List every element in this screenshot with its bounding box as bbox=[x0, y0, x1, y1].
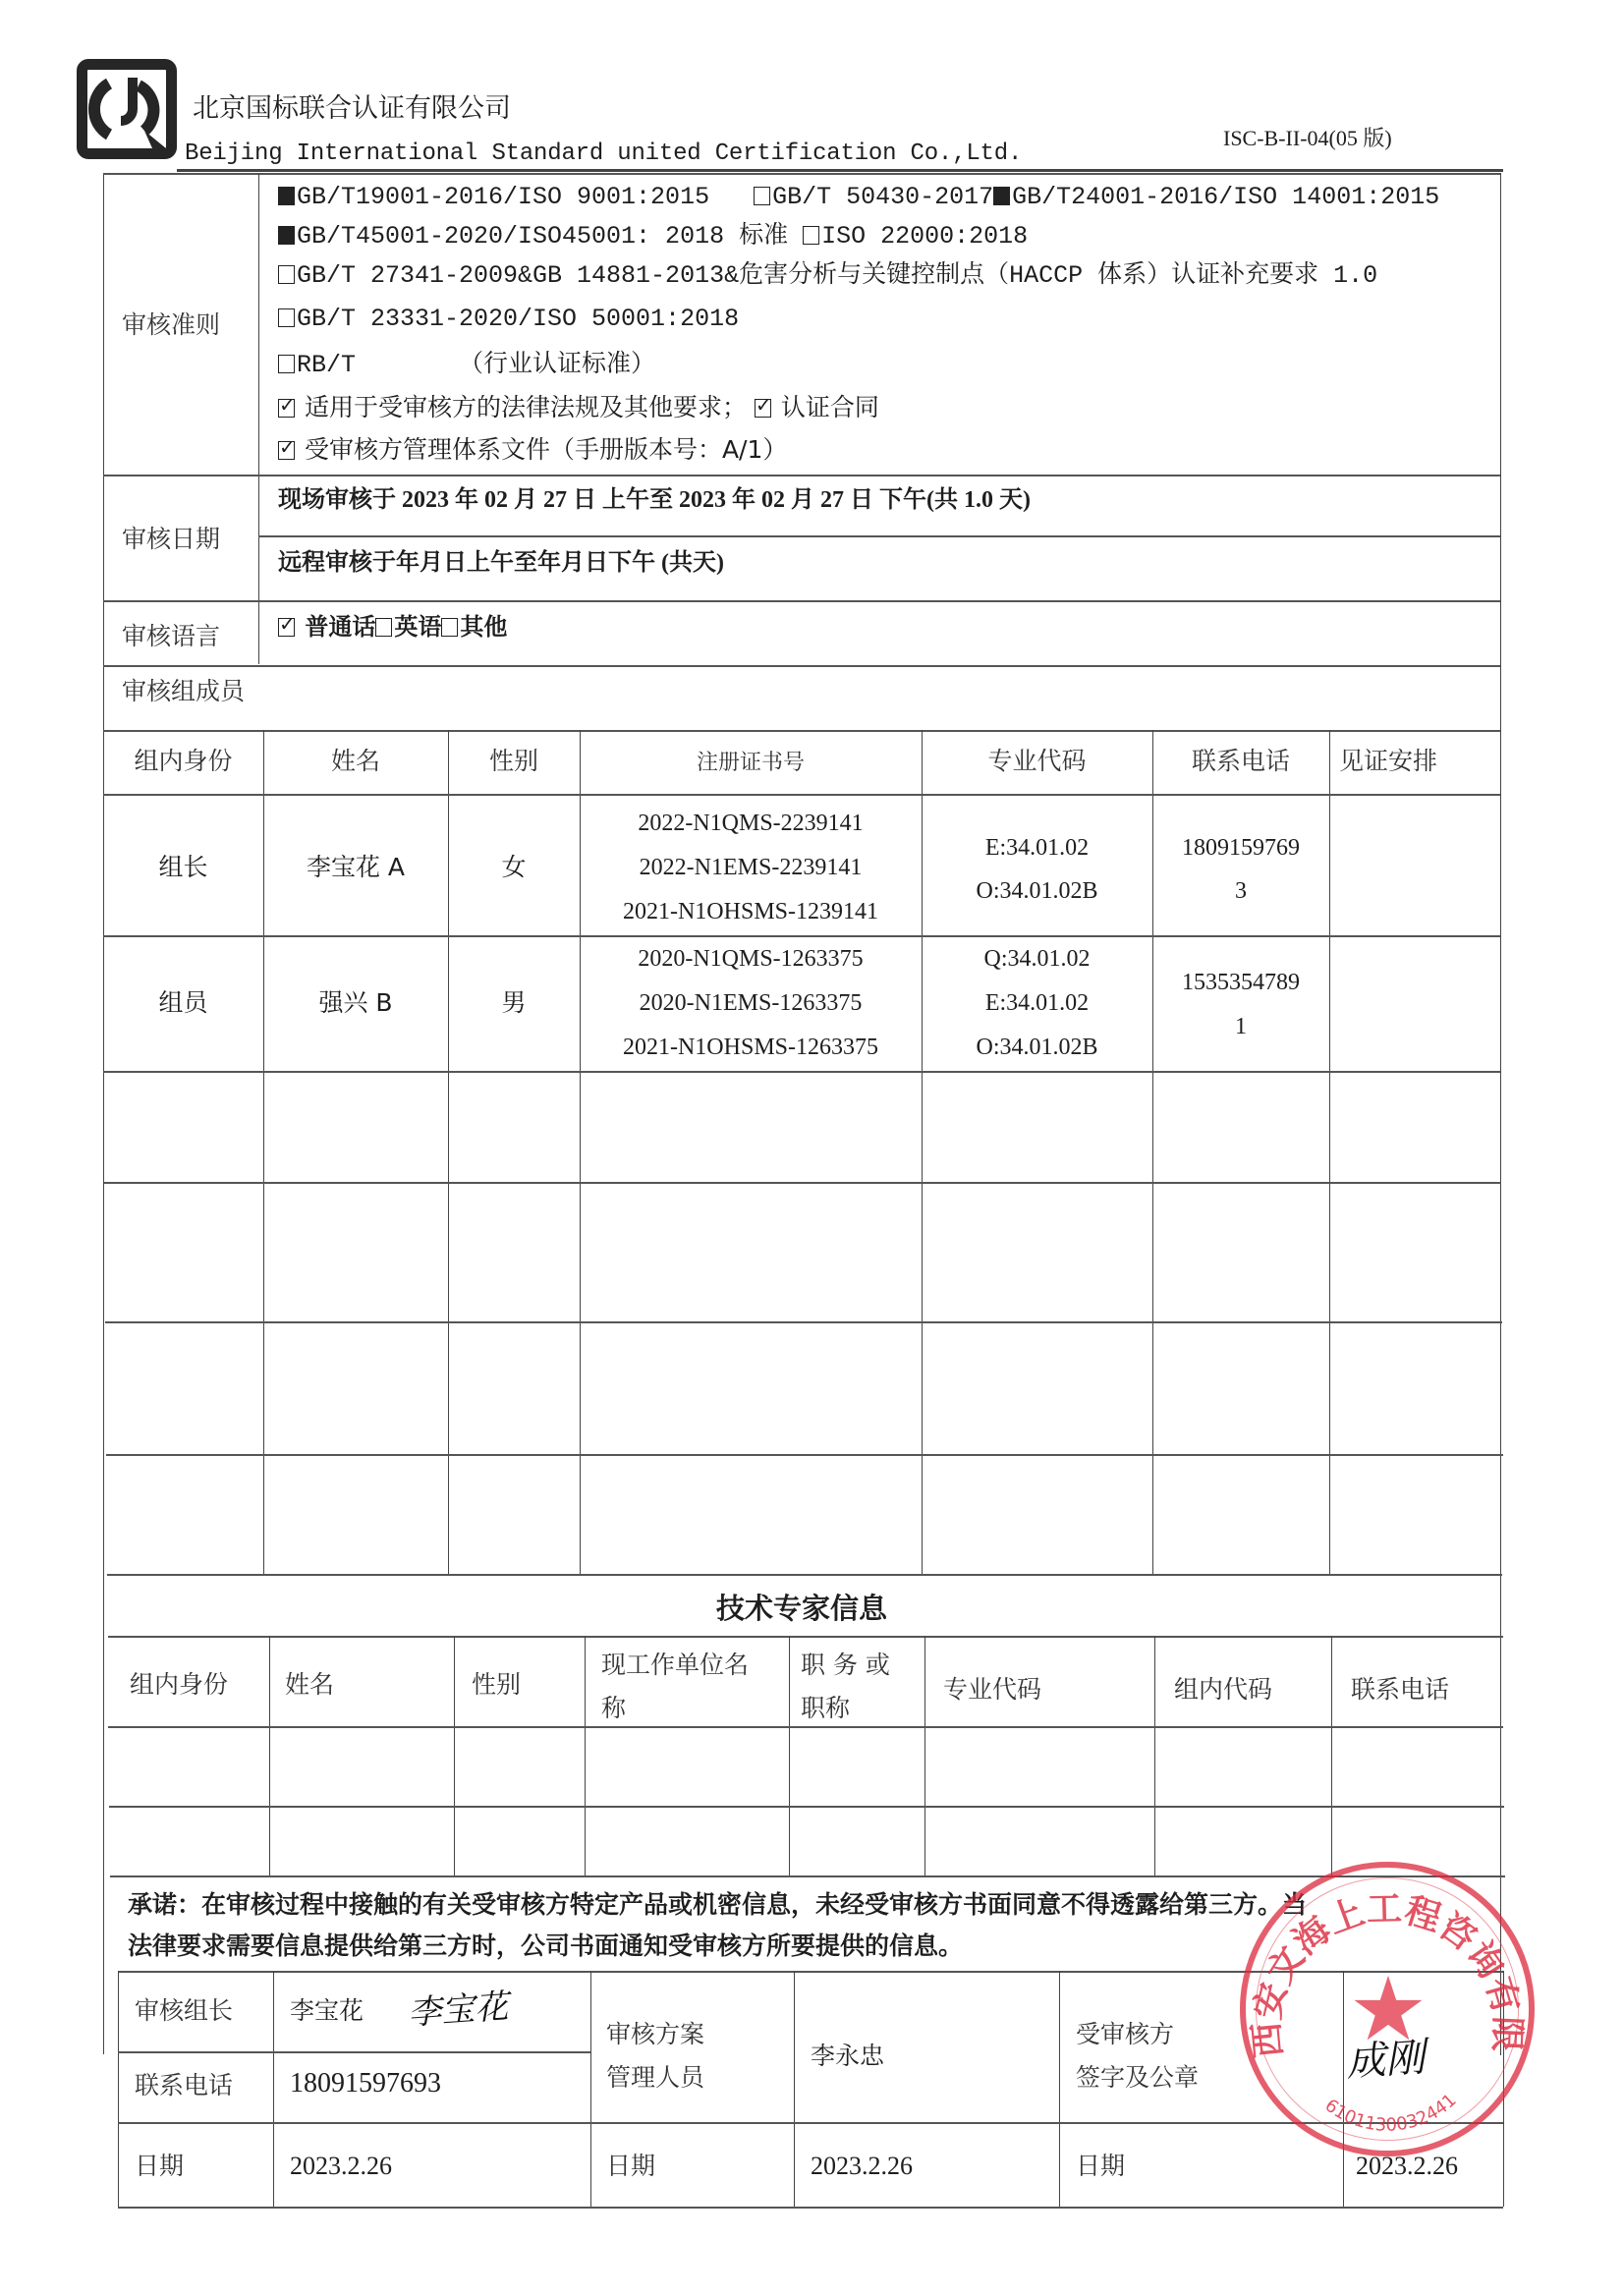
member-code: E:34.01.02 bbox=[922, 833, 1152, 863]
criteria-item: （行业认证标准） bbox=[459, 349, 655, 377]
member-phone: 1 bbox=[1152, 1012, 1329, 1041]
leader-date-label: 日期 bbox=[135, 2152, 184, 2181]
member-code: E:34.01.02 bbox=[922, 988, 1152, 1018]
empty-row-divider bbox=[109, 1806, 1504, 1808]
company-logo-icon bbox=[77, 59, 177, 159]
commitment-line-2: 法律要求需要信息提供给第三方时，公司书面通知受审核方所要提供的信息。 bbox=[128, 1931, 963, 1961]
divider bbox=[273, 1971, 274, 2207]
criteria-item: GB/T 50430-2017 bbox=[772, 183, 993, 211]
table-right-border bbox=[1500, 173, 1501, 2055]
divider bbox=[258, 173, 259, 664]
member-code: O:34.01.02B bbox=[922, 876, 1152, 906]
program-mgr-label-1: 审核方案 bbox=[606, 2020, 704, 2049]
checkbox-empty-icon[interactable] bbox=[375, 618, 392, 637]
member-cert: 2022-N1QMS-2239141 bbox=[580, 809, 922, 838]
divider bbox=[110, 1875, 1505, 1877]
tech-col-gender: 性别 bbox=[472, 1670, 521, 1700]
tech-col-name: 姓名 bbox=[285, 1670, 334, 1700]
divider bbox=[118, 2122, 1503, 2124]
company-name-cn: 北京国标联合认证有限公司 bbox=[193, 94, 511, 124]
program-mgr-label-2: 管理人员 bbox=[606, 2063, 704, 2093]
member-cert: 2021-N1OHSMS-1263375 bbox=[580, 1033, 922, 1062]
divider bbox=[103, 1071, 1500, 1073]
col-gender: 性别 bbox=[448, 747, 580, 776]
auditee-label-2: 签字及公章 bbox=[1076, 2063, 1199, 2093]
audit-language-label: 审核语言 bbox=[122, 622, 220, 651]
divider bbox=[590, 1971, 591, 2207]
empty-row-divider bbox=[104, 1182, 1501, 1184]
leader-signature: 李宝花 bbox=[406, 1980, 509, 2035]
divider bbox=[103, 173, 1500, 175]
checkbox-filled-icon[interactable] bbox=[278, 187, 295, 205]
divider bbox=[103, 794, 1500, 796]
empty-row-divider bbox=[105, 1321, 1502, 1323]
language-option: 普通话 bbox=[305, 613, 375, 641]
table-left-border bbox=[103, 173, 104, 2054]
checkbox-filled-icon[interactable] bbox=[278, 226, 295, 245]
member-phone: 1535354789 bbox=[1152, 968, 1329, 997]
divider bbox=[1331, 1636, 1332, 1875]
checkbox-checked-icon[interactable] bbox=[278, 441, 295, 460]
member-cert: 2021-N1OHSMS-1239141 bbox=[580, 897, 922, 926]
divider bbox=[1343, 1971, 1344, 2207]
tech-col-role: 组内身份 bbox=[130, 1670, 228, 1700]
criteria-item: GB/T45001-2020/ISO45001: 2018 标准 bbox=[297, 222, 788, 251]
remote-audit-date: 远程审核于年月日上午至年月日下午 (共天) bbox=[278, 548, 724, 578]
criteria-line-2: GB/T45001-2020/ISO45001: 2018 标准 ISO 220… bbox=[278, 222, 1028, 252]
member-gender: 男 bbox=[448, 988, 580, 1018]
criteria-item: GB/T19001-2016/ISO 9001:2015 bbox=[297, 183, 709, 211]
criteria-line-7: 受审核方管理体系文件（手册版本号：A/1） bbox=[278, 435, 787, 465]
divider bbox=[258, 535, 1500, 537]
audit-language-options: 普通话英语其他 bbox=[278, 612, 507, 642]
criteria-item: GB/T 27341-2009&GB 14881-2013&危害分析与关键控制点… bbox=[297, 261, 1377, 290]
mgr-date-label: 日期 bbox=[606, 2152, 655, 2181]
checkbox-checked-icon[interactable] bbox=[278, 618, 295, 637]
auditee-label-1: 受审核方 bbox=[1076, 2020, 1174, 2049]
criteria-item: 受审核方管理体系文件（手册版本号：A/1） bbox=[305, 435, 787, 464]
checkbox-filled-icon[interactable] bbox=[993, 187, 1010, 205]
checkbox-checked-icon[interactable] bbox=[755, 399, 771, 418]
criteria-line-3: GB/T 27341-2009&GB 14881-2013&危害分析与关键控制点… bbox=[278, 261, 1377, 291]
audit-date-label: 审核日期 bbox=[122, 525, 220, 554]
tech-col-position-1: 职 务 或 bbox=[801, 1651, 890, 1680]
member-code: O:34.01.02B bbox=[922, 1033, 1152, 1062]
criteria-item: 认证合同 bbox=[781, 393, 879, 421]
divider bbox=[1329, 730, 1330, 1575]
divider bbox=[924, 1636, 925, 1875]
divider bbox=[118, 2051, 590, 2053]
leader-label: 审核组长 bbox=[135, 1996, 233, 2026]
tech-col-position-2: 职称 bbox=[801, 1694, 850, 1723]
member-phone: 1809159769 bbox=[1152, 833, 1329, 863]
member-name: 强兴 B bbox=[263, 988, 448, 1018]
commitment-line-1: 承诺：在审核过程中接触的有关受审核方特定产品或机密信息，未经受审核方书面同意不得… bbox=[128, 1890, 1307, 1920]
checkbox-empty-icon[interactable] bbox=[441, 618, 458, 637]
col-witness: 见证安排 bbox=[1339, 747, 1437, 776]
divider bbox=[454, 1636, 455, 1875]
divider bbox=[585, 1636, 586, 1875]
col-role: 组内身份 bbox=[103, 747, 263, 776]
phone-label: 联系电话 bbox=[135, 2071, 233, 2100]
leader-date: 2023.2.26 bbox=[290, 2152, 392, 2181]
member-cert: 2020-N1QMS-1263375 bbox=[580, 944, 922, 974]
col-cert-no: 注册证书号 bbox=[580, 749, 922, 778]
criteria-item: RB/T bbox=[297, 351, 356, 379]
divider bbox=[1154, 1636, 1155, 1875]
col-specialty-code: 专业代码 bbox=[922, 747, 1152, 776]
auditee-date: 2023.2.26 bbox=[1356, 2152, 1458, 2181]
team-label: 审核组成员 bbox=[122, 677, 245, 706]
divider bbox=[103, 475, 1500, 476]
svg-text:6101130032441: 6101130032441 bbox=[1321, 2090, 1461, 2136]
tech-col-group-code: 组内代码 bbox=[1174, 1675, 1272, 1705]
member-code: Q:34.01.02 bbox=[922, 944, 1152, 974]
checkbox-empty-icon[interactable] bbox=[278, 308, 295, 327]
criteria-line-6: 适用于受审核方的法律法规及其他要求； 认证合同 bbox=[278, 393, 879, 422]
col-name: 姓名 bbox=[263, 747, 448, 776]
auditee-date-label: 日期 bbox=[1076, 2152, 1125, 2181]
mgr-date: 2023.2.26 bbox=[811, 2152, 913, 2181]
divider bbox=[269, 1636, 270, 1875]
divider bbox=[103, 935, 1500, 937]
form-code: ISC-B-II-04(05 版) bbox=[1223, 124, 1392, 153]
tech-col-work-unit-2: 称 bbox=[601, 1694, 626, 1723]
member-name: 李宝花 A bbox=[263, 853, 448, 882]
divider bbox=[108, 1636, 1503, 1638]
divider bbox=[103, 730, 1500, 732]
criteria-item: GB/T 23331-2020/ISO 50001:2018 bbox=[297, 305, 739, 333]
divider bbox=[1503, 1971, 1504, 2207]
member-phone: 3 bbox=[1152, 876, 1329, 906]
header-divider bbox=[177, 169, 1503, 172]
language-option: 英语 bbox=[394, 613, 441, 641]
criteria-item: GB/T24001-2016/ISO 14001:2015 bbox=[1012, 183, 1439, 211]
tech-col-specialty-code: 专业代码 bbox=[943, 1675, 1041, 1705]
member-role: 组长 bbox=[103, 853, 263, 882]
col-phone: 联系电话 bbox=[1152, 747, 1329, 776]
criteria-line-5: RB/T （行业认证标准） bbox=[278, 349, 655, 380]
member-role: 组员 bbox=[103, 988, 263, 1018]
divider bbox=[118, 2207, 1503, 2209]
member-cert: 2020-N1EMS-1263375 bbox=[580, 988, 922, 1018]
divider bbox=[103, 665, 1500, 667]
criteria-line-1: GB/T19001-2016/ISO 9001:2015 GB/T 50430-… bbox=[278, 183, 1439, 212]
checkbox-empty-icon[interactable] bbox=[278, 355, 295, 373]
tech-col-phone: 联系电话 bbox=[1351, 1675, 1449, 1705]
criteria-item: 适用于受审核方的法律法规及其他要求； bbox=[305, 393, 747, 421]
checkbox-empty-icon[interactable] bbox=[278, 265, 295, 284]
checkbox-empty-icon[interactable] bbox=[803, 226, 819, 245]
criteria-item: ISO 22000:2018 bbox=[821, 222, 1028, 251]
leader-phone: 18091597693 bbox=[290, 2069, 441, 2099]
member-cert: 2022-N1EMS-2239141 bbox=[580, 853, 922, 882]
checkbox-empty-icon[interactable] bbox=[754, 187, 770, 205]
divider bbox=[103, 600, 1500, 602]
divider bbox=[1059, 1971, 1060, 2207]
empty-row-divider bbox=[107, 1574, 1502, 1576]
company-name-en: Beijing International Standard united Ce… bbox=[185, 140, 1022, 169]
program-mgr-name: 李永忠 bbox=[811, 2042, 884, 2071]
divider bbox=[118, 1971, 1503, 1973]
divider bbox=[789, 1636, 790, 1875]
checkbox-checked-icon[interactable] bbox=[278, 399, 295, 418]
divider bbox=[794, 1971, 795, 2207]
member-gender: 女 bbox=[448, 853, 580, 882]
tech-experts-title: 技术专家信息 bbox=[103, 1591, 1500, 1626]
empty-row-divider bbox=[106, 1454, 1503, 1456]
criteria-label: 审核准则 bbox=[122, 310, 220, 340]
tech-col-work-unit-1: 现工作单位名 bbox=[601, 1651, 749, 1680]
leader-name: 李宝花 bbox=[290, 1996, 364, 2026]
onsite-audit-date: 现场审核于 2023 年 02 月 27 日 上午至 2023 年 02 月 2… bbox=[278, 485, 1031, 515]
language-option: 其他 bbox=[460, 613, 507, 641]
criteria-line-4: GB/T 23331-2020/ISO 50001:2018 bbox=[278, 305, 739, 334]
auditee-signature: 成刚 bbox=[1344, 2026, 1427, 2087]
divider bbox=[108, 1726, 1503, 1728]
divider bbox=[118, 1971, 119, 2207]
